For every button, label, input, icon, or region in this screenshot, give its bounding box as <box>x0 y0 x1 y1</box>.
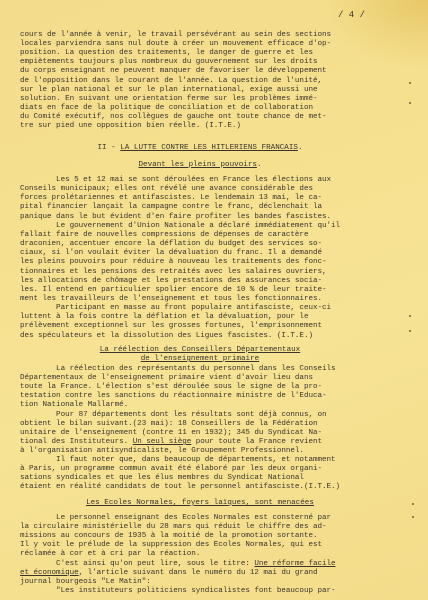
text-line: Le personnel enseignant des Ecoles Norma… <box>20 514 331 523</box>
text-line: testation contre les sanctions du réacti… <box>20 392 326 401</box>
text-line: du Comité exécutif, nos collègues de gau… <box>20 113 326 122</box>
text-line: "Les instituteurs politiciens syndicalis… <box>20 587 336 596</box>
text-line: Le gouvernement d'Union Nationale a décl… <box>20 222 340 231</box>
text-line: à l'organisation antisyndicaliste, le Gr… <box>20 447 304 456</box>
text-before: tional des Instituteurs. <box>20 438 133 446</box>
margin-dot <box>409 330 411 332</box>
text-underlined-title: Une réforme facile <box>254 560 335 568</box>
text-line: sur le plan national et sur le plan inte… <box>20 86 317 95</box>
text-line: cours de l'année à venir, le travail per… <box>20 31 331 40</box>
text-line: des spéculateurs et la dissolution des L… <box>20 332 313 341</box>
subheading-reelection-line1: La réélection des Conseillers Départemen… <box>0 346 400 355</box>
text-line: pital financier lançait la campagne cont… <box>20 203 322 212</box>
text-line: réclamée à cor et à cri par la réaction. <box>20 550 200 559</box>
text-line: missions au concours de 1935 à la moitié… <box>20 532 317 541</box>
text-line: diats en face de la politique de concili… <box>20 104 313 113</box>
reelection-underline-line: tional des Instituteurs. Un seul siège p… <box>20 438 322 447</box>
text-line: position. La question des traitements, l… <box>20 49 313 58</box>
text-line: journal bourgeois "Le Matin": <box>20 578 151 587</box>
text-line: Il faut noter que, dans beaucoup de dépa… <box>20 456 336 465</box>
margin-dot <box>409 315 411 317</box>
text-line: ment les travailleurs de l'enseignement … <box>20 295 322 304</box>
text-line: fallait faire de nouvelles compressions … <box>20 231 308 240</box>
subheading-ecoles-normales: Les Ecoles Normales, foyers laïques, son… <box>0 499 400 508</box>
subheading-suffix: . <box>257 161 262 169</box>
text-line: du corps enseignant ne peuvent manquer d… <box>20 67 326 76</box>
text-line: toute la France. L'élection s'est déroul… <box>20 383 322 392</box>
text-line: luttent à la fois contre la déflation et… <box>20 313 308 322</box>
text-line: les pleins pouvoirs pour réduire à nouve… <box>20 258 326 267</box>
text-line: Participant en masse au front populaire … <box>20 304 331 313</box>
subheading-reelection-title-2: de l'enseignement primaire <box>141 355 259 363</box>
text-line: tion Nationale Mallarmé. <box>20 401 128 410</box>
text-line: Il y voit le prélude de la suppression d… <box>20 541 322 550</box>
quote-intro-line-1: C'est ainsi qu'on peut lire, sous le tit… <box>20 560 336 569</box>
text-line: solution. En suivant une orientation fer… <box>20 95 317 104</box>
subheading-pleins-pouvoirs-title: Devant les pleins pouvoirs <box>138 161 256 169</box>
text-line: La réélection des représentants du perso… <box>20 365 336 374</box>
text-line: les allocations de chômage et les presta… <box>20 277 322 286</box>
text-underlined-un-seul-siege: Un seul siège <box>133 438 192 446</box>
subheading-pleins-pouvoirs: Devant les pleins pouvoirs. <box>0 161 400 170</box>
text-line: étaient en réalité candidats de tout le … <box>20 483 340 492</box>
text-after: , l'article suivant dans le numéro du 12… <box>79 569 318 577</box>
text-underlined-title-2: et économique <box>20 569 79 577</box>
margin-dot <box>409 102 411 104</box>
text-line: sations syndicales et que les élus membr… <box>20 474 304 483</box>
text-line: la circulaire ministérielle du 28 mars q… <box>20 523 326 532</box>
subheading-reelection-title-1: La réélection des Conseillers Départemen… <box>100 346 301 354</box>
text-line: Conseils municipaux; elles ont révélé un… <box>20 185 313 194</box>
text-line: locales parviendra sans nul doute à crée… <box>20 40 331 49</box>
margin-dot <box>412 503 414 505</box>
text-line: prélèvement exceptionnel sur les grosses… <box>20 322 322 331</box>
text-line: forces prolétariennes et antifascistes. … <box>20 194 322 203</box>
text-line: panique dans le but évident d'en faire p… <box>20 213 331 222</box>
section-heading-prefix: II - <box>97 144 120 152</box>
page-number: / 4 / <box>338 10 365 20</box>
text-after: pour toute la France revient <box>191 438 322 446</box>
text-line: unitaire de l'enseignement (contre 11 en… <box>20 429 322 438</box>
subheading-ecoles-normales-title: Les Ecoles Normales, foyers laïques, son… <box>86 499 314 507</box>
text-before: C'est ainsi qu'on peut lire, sous le tit… <box>20 560 254 568</box>
text-line: ciaux, si l'on voulait éviter la dévalua… <box>20 249 322 258</box>
quote-intro-line-2: et économique, l'article suivant dans le… <box>20 569 317 578</box>
section-heading: II - LA LUTTE CONTRE LES HITLERIENS FRAN… <box>0 144 400 153</box>
text-line: Les 5 et 12 mai se sont déroulées en Fra… <box>20 176 331 185</box>
text-line: les. Il entend en particulier spolier en… <box>20 286 326 295</box>
section-heading-title: LA LUTTE CONTRE LES HITLERIENS FRANCAIS <box>120 144 298 152</box>
text-line: obtient le bilan suivant.(23 mai): 18 Co… <box>20 420 317 429</box>
text-line: de l'opposition dans le courant de l'ann… <box>20 77 322 86</box>
text-line: tre sur pied une opposition bien réelle.… <box>20 122 241 131</box>
margin-dot <box>409 82 411 84</box>
paper-stain <box>318 0 428 70</box>
text-line: Pour 87 départements dont les résultats … <box>20 411 326 420</box>
text-line: Départementaux de l'enseignement primair… <box>20 374 313 383</box>
text-line: tionnaires et les pensions des retraités… <box>20 268 326 277</box>
text-line: à Paris, un programme commun avait été é… <box>20 465 322 474</box>
margin-dot <box>412 516 414 518</box>
text-line: empiètements toujours plus nombreux du g… <box>20 58 317 67</box>
section-heading-suffix: . <box>298 144 303 152</box>
subheading-reelection-line2: de l'enseignement primaire <box>0 355 400 364</box>
text-line: draconien, accentuer encore la déflation… <box>20 240 322 249</box>
